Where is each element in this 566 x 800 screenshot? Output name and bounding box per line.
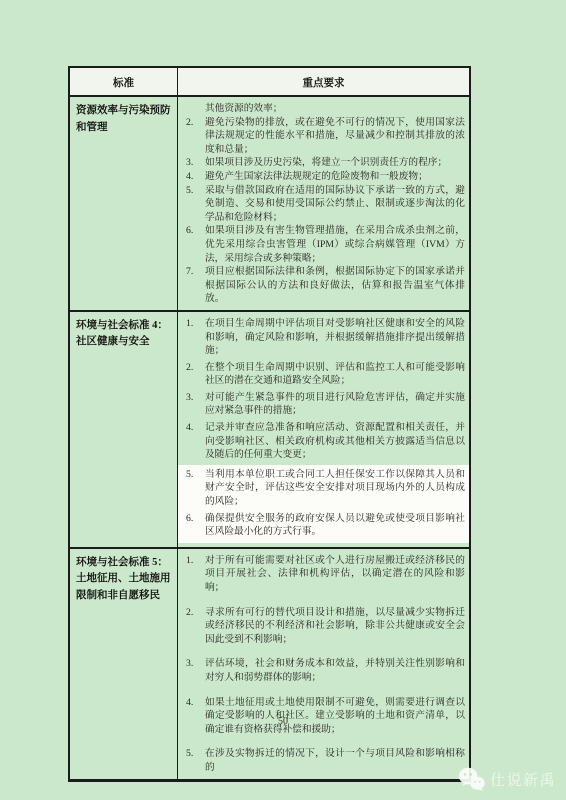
item-number: 6. [186,512,205,539]
item-number: 1. [186,317,205,358]
item-number: 3. [186,391,205,418]
item-number: 2. [186,606,205,647]
item-text: 评估环境，社会和财务成本和效益，并特别关注性别影响和对穷人和弱势群体的影响； [205,657,465,684]
item-number: 3. [186,657,205,684]
item-number: 4. [186,421,205,462]
item-number: 5. [186,468,205,509]
item-text: 在项目生命周期中评估项目对受影响社区健康和安全的风险和影响，确定风险和影响，并根… [205,317,465,358]
requirements-cell: 其他资源的效率；2.避免污染物的排放，或在避免不可行的情况下，使用国家法律法规规… [178,97,469,310]
requirement-item: 2.在整个项目生命周期中识别、评估和监控工人和可能受影响社区的潜在交通和道路安全… [186,361,465,388]
item-text: 在整个项目生命周期中识别、评估和监控工人和可能受影响社区的潜在交通和道路安全风险… [205,361,465,388]
requirement-item: 6.确保提供安全服务的政府安保人员以避免或使受项目影响社区风险最小化的方式行事。 [186,512,465,539]
requirement-item: 2.寻求所有可行的替代项目设计和措施，以尽量减少实物拆迁或经济移民的不利经济和社… [186,606,465,647]
item-text: 记录并审查应急准备和响应活动、资源配置和相关责任，并向受影响社区、相关政府机构或… [205,421,465,462]
item-number: 1. [186,554,205,595]
requirement-item: 7.项目应根据国际法律和条例，根据国际协定下的国家承诺并根据国际公认的方法和良好… [186,265,465,306]
requirement-item: 5.在涉及实物拆迁的情况下，设计一个与项目风险和影响相称的 [186,747,465,774]
item-text: 确保提供安全服务的政府安保人员以避免或使受项目影响社区风险最小化的方式行事。 [205,512,465,539]
item-text: 其他资源的效率； [205,102,465,116]
item-text: 寻求所有可行的替代项目设计和措施，以尽量减少实物拆迁或经济移民的不利经济和社会影… [205,606,465,647]
item-text: 避免产生国家法律法规规定的危险废物和一般废物； [205,170,465,184]
item-number: 3. [186,156,205,170]
column-header-standard: 标准 [70,68,178,95]
requirements-cell: 1.对于所有可能需要对社区或个人进行房屋搬迁或经济移民的项目开展社会、法律和机构… [178,549,469,779]
watermark: 仕说新禹 [458,767,556,791]
requirement-item: 5.采取与借款国政府在适用的国际协议下承诺一致的方式，避免制造、交易和使用受国际… [186,184,465,225]
requirement-item: 6.如果项目涉及有害生物管理措施，在采用合成杀虫剂之前，优先采用综合虫害管理（I… [186,224,465,265]
item-text: 避免污染物的排放，或在避免不可行的情况下，使用国家法律法规规定的性能水平和措施，… [205,116,465,157]
column-header-requirements: 重点要求 [178,68,469,95]
requirement-item: 3.评估环境，社会和财务成本和效益，并特别关注性别影响和对穷人和弱势群体的影响； [186,657,465,684]
item-text: 如果项目涉及历史污染，将建立一个识别责任方的程序； [205,156,465,170]
requirement-item: 3.如果项目涉及历史污染，将建立一个识别责任方的程序； [186,156,465,170]
item-number: 4. [186,170,205,184]
item-number: 6. [186,224,205,265]
item-text: 采取与借款国政府在适用的国际协议下承诺一致的方式，避免制造、交易和使用受国际公约… [205,184,465,225]
scanned-document-page: { "colors":{ "page_bg":"#cbe8cc", "heade… [0,0,566,800]
standard-cell: 环境与社会标准 5：土地征用、土地施用限制和非自愿移民 [70,549,178,779]
item-text: 项目应根据国际法律和条例，根据国际协定下的国家承诺并根据国际公认的方法和良好做法… [205,265,465,306]
requirement-item: 其他资源的效率； [186,102,465,116]
requirement-item: 1.对于所有可能需要对社区或个人进行房屋搬迁或经济移民的项目开展社会、法律和机构… [186,554,465,595]
requirement-item: 4.记录并审查应急准备和响应活动、资源配置和相关责任，并向受影响社区、相关政府机… [186,421,465,462]
item-number: 2. [186,116,205,157]
table-body: 资源效率与污染预防和管理其他资源的效率；2.避免污染物的排放，或在避免不可行的情… [70,97,469,779]
highlighted-block: 5.当利用本单位职工或合同工人担任保安工作以保障其人员和财产安全时，评估这些安全… [178,465,469,543]
requirement-item: 3.对可能产生紧急事件的项目进行风险危害评估，确定并实施应对紧急事件的措施； [186,391,465,418]
item-number: 7. [186,265,205,306]
item-text: 当利用本单位职工或合同工人担任保安工作以保障其人员和财产安全时，评估这些安全安排… [205,468,465,509]
standards-table: 标准 重点要求 资源效率与污染预防和管理其他资源的效率；2.避免污染物的排放，或… [68,66,471,782]
item-number: 5. [186,747,205,774]
item-number: 5. [186,184,205,225]
item-number [186,102,205,116]
table-row: 资源效率与污染预防和管理其他资源的效率；2.避免污染物的排放，或在避免不可行的情… [70,97,469,312]
requirement-item: 2.避免污染物的排放，或在避免不可行的情况下，使用国家法律法规规定的性能水平和措… [186,116,465,157]
requirement-item: 1.在项目生命周期中评估项目对受影响社区健康和安全的风险和影响，确定风险和影响，… [186,317,465,358]
requirement-item: 5.当利用本单位职工或合同工人担任保安工作以保障其人员和财产安全时，评估这些安全… [186,468,465,509]
requirements-cell: 1.在项目生命周期中评估项目对受影响社区健康和安全的风险和影响，确定风险和影响，… [178,312,469,547]
wechat-icon [458,767,485,791]
table-header-row: 标准 重点要求 [70,68,469,97]
standard-cell: 资源效率与污染预防和管理 [70,97,178,310]
item-text: 对于所有可能需要对社区或个人进行房屋搬迁或经济移民的项目开展社会、法律和机构评估… [205,554,465,595]
item-text: 如果项目涉及有害生物管理措施，在采用合成杀虫剂之前，优先采用综合虫害管理（IPM… [205,224,465,265]
table-row: 环境与社会标准 5：土地征用、土地施用限制和非自愿移民1.对于所有可能需要对社区… [70,549,469,779]
page-number: 50 [0,716,566,727]
requirement-item: 4.避免产生国家法律法规规定的危险废物和一般废物； [186,170,465,184]
watermark-text: 仕说新禹 [490,769,556,790]
item-text: 对可能产生紧急事件的项目进行风险危害评估，确定并实施应对紧急事件的措施； [205,391,465,418]
item-number: 2. [186,361,205,388]
item-text: 在涉及实物拆迁的情况下，设计一个与项目风险和影响相称的 [205,747,465,774]
table-row: 环境与社会标准 4：社区健康与安全1.在项目生命周期中评估项目对受影响社区健康和… [70,312,469,549]
standard-cell: 环境与社会标准 4：社区健康与安全 [70,312,178,547]
